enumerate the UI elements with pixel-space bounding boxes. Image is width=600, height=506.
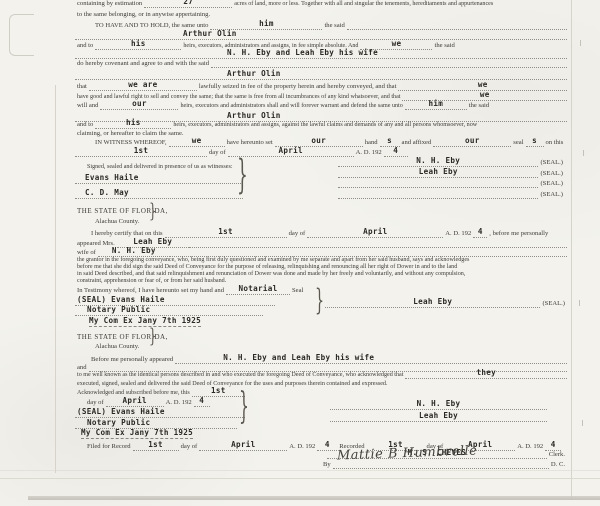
ad-label: A. D. 192 — [164, 399, 194, 407]
trailing-dots — [211, 67, 567, 68]
claims-fill: his — [95, 119, 171, 129]
grantee-line-2: Arthur Olin — [75, 68, 567, 80]
grantor-sig-line: N. H. Eby — [330, 400, 547, 410]
witness-clause-line-1: IN WITNESS WHEREOF, we have hereunto set… — [75, 138, 567, 147]
certify-fill-year: 4 — [473, 228, 487, 238]
acknowledged-block: Acknowledged and subscribed before me, t… — [75, 388, 567, 439]
county-name: Alachua County. — [93, 218, 141, 226]
grantor-signature: N. H. Eby — [417, 399, 461, 408]
witness-heading: Signed, sealed and delivered in presence… — [85, 164, 235, 171]
scan-noise-tick — [580, 40, 581, 46]
wc-text-f: on this — [544, 139, 566, 147]
dc-label: D. C. — [549, 461, 567, 469]
claims-text-b: heirs, executors, administrators and ass… — [171, 122, 479, 129]
testimony-text-b: Seal — [290, 287, 305, 295]
pronoun-our: our — [465, 136, 480, 145]
month-value: April — [363, 227, 387, 236]
acknowledged-column: Acknowledged and subscribed before me, t… — [75, 388, 245, 439]
witness-row-1: Evans Haile — [75, 171, 243, 184]
notary-signature: (SEAL) Evans Haile — [77, 295, 165, 304]
dower-text: constraint, apprehension or fear of, or … — [75, 278, 228, 285]
notary-signature: (SEAL) Evans Haile — [77, 407, 165, 416]
recorded-year-fill: 4 — [545, 441, 561, 451]
deputy-line: By Mattie B Humbrelle D. C. — [75, 459, 567, 469]
notary-title: Notary Public — [87, 305, 150, 314]
pronoun-him: him — [259, 19, 274, 28]
ack-date-row: day of April A. D. 192 4 — [75, 397, 245, 407]
signature-section: Signed, sealed and delivered in presence… — [75, 157, 567, 199]
warrant-line: will and our heirs, executors and admini… — [75, 101, 567, 110]
year-value: 4 — [551, 440, 556, 449]
county-name: Alachua County. — [93, 343, 141, 351]
witness-column: Signed, sealed and delivered in presence… — [75, 157, 243, 199]
notary-title: Notary Public — [87, 418, 150, 427]
month-value: April — [231, 440, 255, 449]
witness-heading-row: Signed, sealed and delivered in presence… — [75, 157, 243, 171]
wc-text-b: have hereunto set — [225, 139, 275, 147]
pronoun-we: we — [192, 136, 202, 145]
we-are-value: we are — [128, 80, 157, 89]
grantee-name: Arthur Olin — [227, 69, 281, 78]
day-value: 1st — [218, 227, 233, 236]
state-brace-1: } — [149, 201, 157, 223]
seal-row-3: (SEAL.) — [338, 178, 565, 188]
wc-fill-year: 4 — [384, 147, 408, 157]
sealer-sig-line — [338, 198, 538, 199]
warrant-fill-1: our — [100, 100, 178, 110]
grantor-sig-row-2: Leah Eby — [330, 410, 547, 422]
acknowledged-section-brace: } — [239, 385, 249, 427]
wc-text-e: seal — [511, 139, 525, 147]
witness-sig-line-2: C. D. May — [75, 189, 243, 199]
notarial-seal-brace: } — [315, 284, 324, 318]
acknowledged-row: Acknowledged and subscribed before me, t… — [75, 388, 245, 397]
page-right-edge-line — [571, 0, 572, 500]
grantors-names: N. H. Eby and Leah Eby his wife — [227, 48, 378, 57]
habendum-line: TO HAVE AND TO HOLD, the same unto him t… — [75, 19, 567, 30]
wc-fill-day: 1st — [75, 147, 207, 157]
intro-text-b: acres of land, more or less. Together wi… — [232, 1, 495, 8]
acres-value: 27 — [183, 0, 193, 6]
month-value: April — [278, 146, 302, 155]
sealer-sig-line: N. H. Eby — [338, 157, 538, 167]
before-me-text: Before me personally appeared — [89, 356, 175, 364]
scan-noise-tick — [582, 420, 583, 426]
scan-noise-tick — [583, 150, 584, 156]
well-known-line: to me well known as the identical person… — [75, 372, 567, 379]
dower-para-line-1: the grantor in the foregoing conveyance,… — [75, 257, 567, 264]
state-brace-2: } — [149, 326, 157, 348]
wc-text-a: IN WITNESS WHEREOF, — [93, 139, 169, 147]
notarial-value: Notarial — [239, 284, 278, 293]
scan-artifact-line-1 — [0, 470, 600, 471]
sealer-column: N. H. Eby (SEAL.) Leah Eby (SEAL.) (SEAL… — [338, 157, 565, 199]
dower-text: the grantor in the foregoing conveyance,… — [75, 257, 471, 264]
grantors-names: N. H. Eby and Leah Eby his wife — [223, 353, 374, 362]
pronoun-him: him — [428, 99, 443, 108]
by-label: By — [321, 461, 333, 469]
wc-fill-our-2: our — [433, 137, 511, 147]
ack-year-fill: 4 — [194, 397, 210, 407]
seal-label: (SEAL.) — [540, 300, 567, 308]
pronoun-we: we — [392, 39, 402, 48]
seal-row-4: (SEAL.) — [338, 188, 565, 199]
intro-line-2: to the same belonging, or in anywise app… — [75, 8, 567, 19]
claims-text-a: and to — [75, 121, 95, 129]
seized-text-a: that — [75, 83, 89, 91]
deed-document: containing by estimation 27 acres of lan… — [75, 0, 567, 469]
year-value: 4 — [199, 396, 204, 405]
dower-sig-row: Leah Eby (SEAL.) — [325, 297, 567, 308]
ad-label: A. D. 192 — [354, 149, 384, 157]
scan-noise-tick — [579, 300, 580, 306]
notary-sig-line: (SEAL) Evans Haile — [75, 408, 245, 418]
wife-of-fill: N. H. Eby — [98, 247, 170, 257]
seized-fill-1: we are — [89, 81, 197, 91]
filed-day-fill: 1st — [133, 441, 179, 451]
certify-text-b: , before me personally — [487, 230, 550, 238]
husband-name: N. H. Eby — [112, 246, 156, 255]
day-value: 1st — [211, 386, 226, 395]
witness-signature: Evans Haile — [85, 173, 139, 182]
seal-label: (SEAL.) — [538, 159, 565, 167]
clerk-label: Clerk. — [547, 451, 567, 459]
month-value: April — [122, 396, 146, 405]
certify-fill-month: April — [307, 228, 443, 238]
grantor-sig-line: Leah Eby — [330, 412, 547, 422]
seal-label: (SEAL.) — [538, 170, 565, 178]
before-me-fill: N. H. Eby and Leah Eby his wife — [175, 354, 567, 364]
wife-name: Leah Eby — [133, 237, 172, 246]
notary-title-line: Notary Public — [75, 306, 263, 316]
scan-artifact-line-2 — [0, 478, 600, 479]
seal-label: (SEAL.) — [538, 180, 565, 188]
notarial-fill: Notarial — [226, 285, 290, 295]
testimony-text-a: In Testimony whereof, I have hereunto se… — [75, 287, 226, 295]
pronoun-we: we — [480, 90, 490, 99]
sealer-signature: Leah Eby — [419, 167, 458, 176]
grantors-line: N. H. Eby and Leah Eby his wife — [75, 50, 567, 59]
dower-para-line-3: in said Deed described, and that said re… — [75, 271, 567, 278]
commission-expiry: My Com Ex Jany 7th 1925 — [89, 317, 201, 327]
seal-row-1: N. H. Eby (SEAL.) — [338, 157, 565, 167]
notary-commission-row: My Com Ex Jany 7th 1925 — [75, 316, 275, 327]
grantor-signature: Leah Eby — [419, 411, 458, 420]
warrant-text-b: heirs, executors and administrators shal… — [178, 103, 404, 110]
grantor-signature-column: N. H. Eby Leah Eby — [330, 388, 547, 422]
pronoun-our: our — [311, 136, 326, 145]
covenant-text-1: do hereby covenant and agree to and with… — [75, 60, 211, 68]
warrant-text-c: the said — [467, 102, 491, 110]
day-of-label: day of — [179, 443, 200, 451]
certify-fill-day: 1st — [165, 228, 287, 238]
sealer-signature: N. H. Eby — [416, 156, 460, 165]
sealer-sig-line: Leah Eby — [338, 168, 538, 178]
commission-expiry: My Com Ex Jany 7th 1925 — [81, 429, 193, 439]
wc-text-c: hand — [363, 139, 380, 147]
day-value: 1st — [148, 440, 163, 449]
notary-seal-row-2: (SEAL) Evans Haile — [75, 407, 245, 418]
before-me-line: Before me personally appeared N. H. Eby … — [75, 351, 567, 364]
notary-title-row: Notary Public — [75, 306, 275, 316]
day-of-label: day of — [207, 149, 228, 157]
ad-label: A. D. 192 — [443, 230, 473, 238]
grantee-fill-2: Arthur Olin — [75, 70, 567, 80]
grantors-fill: N. H. Eby and Leah Eby his wife — [75, 49, 567, 59]
sealer-sig-line — [338, 187, 538, 188]
intro-text-a: containing by estimation — [75, 0, 144, 8]
year-value: 4 — [393, 146, 398, 155]
wife-of-line: wife of N. H. Eby — [75, 248, 567, 257]
scan-corner-mark — [9, 14, 34, 56]
and-text: and — [75, 364, 89, 372]
deputy-handwritten-signature: Mattie B Humbrelle — [336, 445, 477, 465]
wc-fill-s2: s — [526, 137, 544, 147]
day-value: 1st — [134, 146, 149, 155]
claims-line: and to his heirs, executors, administrat… — [75, 122, 567, 129]
dower-signature: Leah Eby — [413, 297, 452, 306]
executed-line: executed, signed, sealed and delivered t… — [75, 379, 567, 388]
habendum-mid: the said — [322, 22, 346, 30]
witness-sig-line-1: Evans Haile — [75, 174, 243, 184]
ad-label: A. D. 192 — [287, 443, 317, 451]
seal-label: (SEAL.) — [538, 191, 565, 199]
witness-section-brace: } — [237, 154, 248, 201]
pronoun-his: his — [126, 118, 141, 127]
wc-text-d: and affixed — [400, 139, 434, 147]
covenant-line-1: do hereby covenant and agree to and with… — [75, 59, 567, 68]
wc-fill-we: we — [169, 137, 225, 147]
scanned-deed-screenshot: { "meta":{"paper_color":"#f3f2ed","print… — [0, 0, 600, 506]
witness-row-2: C. D. May — [75, 184, 243, 199]
intro-line-1: containing by estimation 27 acres of lan… — [75, 0, 567, 8]
witness-clause-line-2: 1st day of April A. D. 192 4 — [75, 147, 567, 157]
witness-signature: C. D. May — [85, 188, 129, 197]
year-value: 4 — [325, 440, 330, 449]
dower-para-line-2: before me that she did sign the said Dee… — [75, 264, 567, 271]
dower-signature-column: Leah Eby (SEAL.) — [325, 295, 567, 308]
day-of-label: day of — [85, 399, 106, 407]
well-known-text: to me well known as the identical person… — [75, 372, 405, 379]
page-left-edge-line — [55, 85, 56, 473]
pronoun-our: our — [132, 99, 147, 108]
grantee-name: Arthur Olin — [183, 29, 237, 38]
warrant-text-a: will and — [75, 102, 100, 110]
they-fill: they — [405, 369, 567, 379]
grantor-sig-row-1: N. H. Eby — [330, 399, 547, 410]
pronoun-we: we — [478, 80, 488, 89]
day-of-label: day of — [287, 230, 308, 238]
filed-month-fill: April — [199, 441, 287, 451]
seized-text-b: lawfully seized in fee of the property h… — [197, 83, 399, 91]
grantee-fill-1: Arthur Olin — [75, 30, 567, 40]
spacer — [330, 388, 547, 399]
plural-s: s — [532, 136, 537, 145]
wife-of-text: wife of — [75, 249, 98, 257]
acres-fill: 27 — [144, 0, 232, 8]
seal-row-2: Leah Eby (SEAL.) — [338, 167, 565, 178]
warrant-fill-2: him — [405, 100, 467, 110]
dower-sig-line: Leah Eby — [325, 298, 540, 308]
dower-text: before me that she did sign the said Dee… — [75, 264, 459, 271]
notary-column: (SEAL) Evans Haile Notary Public My Com … — [75, 295, 275, 327]
seized-line: that we are lawfully seized in fee of th… — [75, 80, 567, 91]
trailing-dots — [189, 247, 567, 248]
notary-commission-row-2: My Com Ex Jany 7th 1925 — [75, 429, 245, 439]
filed-text: Filed for Record — [85, 443, 133, 451]
intro-text-c: to the same belonging, or in anywise app… — [75, 11, 212, 19]
scan-bottom-band — [28, 496, 600, 500]
ack-month-fill: April — [106, 397, 164, 407]
grantee-line-1: Arthur Olin — [75, 30, 567, 40]
dower-text: in said Deed described, and that said re… — [75, 271, 467, 278]
grantee-name: Arthur Olin — [227, 111, 281, 120]
plural-s: s — [387, 136, 392, 145]
pronoun-his: his — [131, 39, 146, 48]
year-value: 4 — [478, 227, 483, 236]
deputy-sig-line: Mattie B Humbrelle — [333, 453, 549, 469]
pronoun-they: they — [476, 368, 496, 377]
